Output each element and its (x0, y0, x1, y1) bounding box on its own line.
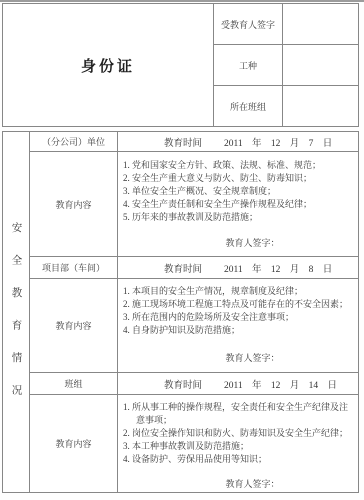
list-item: 5. 历年来的事故教训及防范措施； (123, 211, 356, 224)
list-item: 4. 安全生产责任制和安全生产操作规程及纪律； (123, 198, 356, 211)
list-item: 3. 单位安全生产概况、安全规章制度； (123, 185, 356, 198)
page-top-edge (0, 0, 364, 2)
list-item: 2. 施工现场环境工程施工特点及可能存在的不安全因素； (123, 298, 356, 311)
job-type-label: 工种 (214, 45, 283, 85)
project-education-date: 2011 年 12 月 8 日 (224, 261, 332, 275)
company-content-label: 教育内容 (30, 152, 118, 256)
signer-value-cell (283, 4, 358, 44)
company-content-cell: 1. 党和国家安全方针、政策、法规、标准、规范； 2. 安全生产重大意义与防火、… (118, 152, 358, 256)
id-card-cell: 身份证 (3, 4, 214, 126)
project-time-label: 教育时间 (164, 261, 202, 275)
team-value-cell (283, 86, 358, 126)
project-time-cell: 教育时间 2011 年 12 月 8 日 (118, 257, 358, 278)
team-time-label: 教育时间 (164, 377, 202, 391)
company-time-row: （分公司）单位 教育时间 2011 年 12 月 7 日 (30, 132, 358, 151)
list-item: 2. 岗位安全操作知识和防火、防毒知识及安全生产纪律； (123, 427, 356, 440)
header-right-grid: 受教育人签字 工种 所在班组 (214, 4, 358, 126)
company-time-label: 教育时间 (164, 135, 202, 149)
project-educator-signature-label: 教育人签字： (226, 352, 356, 365)
signer-row: 受教育人签字 (214, 4, 358, 44)
header-table: 身份证 受教育人签字 工种 所在班组 (2, 3, 359, 127)
list-item: 3. 本工种事故教训及防范措施； (123, 440, 356, 453)
team-educator-signature-label: 教育人签字： (226, 478, 356, 491)
team-content-label: 教育内容 (30, 395, 118, 492)
team-time-cell: 教育时间 2011 年 12 月 14 日 (118, 373, 358, 394)
team-content-row: 教育内容 1. 所从事工种的操作规程，安全责任和安全生产纪律及注意事项； 2. … (30, 394, 358, 492)
team-unit-label: 班组 (30, 373, 118, 394)
education-table: 安全教育情况 （分公司）单位 教育时间 2011 年 12 月 7 日 教育内容… (2, 131, 359, 493)
company-time-cell: 教育时间 2011 年 12 月 7 日 (118, 132, 358, 151)
list-item: 2. 安全生产重大意义与防火、防尘、防毒知识； (123, 172, 356, 185)
project-content-row: 教育内容 1. 本项目的安全生产情况，规章制度及纪律； 2. 施工现场环境工程施… (30, 278, 358, 372)
side-title-column: 安全教育情况 (3, 132, 30, 492)
company-content-row: 教育内容 1. 党和国家安全方针、政策、法规、标准、规范； 2. 安全生产重大意… (30, 151, 358, 256)
list-item: 4. 自身防护知识及防范措施； (123, 324, 356, 337)
team-label: 所在班组 (214, 86, 283, 126)
team-content-cell: 1. 所从事工种的操作规程，安全责任和安全生产纪律及注意事项； 2. 岗位安全操… (118, 395, 358, 492)
job-type-value-cell (283, 45, 358, 85)
side-title-vertical-text: 安全教育情况 (9, 222, 24, 417)
company-education-date: 2011 年 12 月 7 日 (224, 135, 332, 149)
team-time-row: 班组 教育时间 2011 年 12 月 14 日 (30, 372, 358, 394)
project-content-label: 教育内容 (30, 279, 118, 372)
team-education-date: 2011 年 12 月 14 日 (224, 377, 337, 391)
company-unit-label: （分公司）单位 (30, 132, 118, 151)
list-item: 1. 本项目的安全生产情况，规章制度及纪律； (123, 285, 356, 298)
company-educator-signature-label: 教育人签字： (226, 237, 356, 250)
project-unit-label: 项目部（车间） (30, 257, 118, 278)
education-rows: （分公司）单位 教育时间 2011 年 12 月 7 日 教育内容 1. 党和国… (30, 132, 358, 492)
list-item: 1. 党和国家安全方针、政策、法规、标准、规范； (123, 159, 356, 172)
list-item: 3. 所在范围内的危险场所及安全注意事项； (123, 311, 356, 324)
signer-label: 受教育人签字 (214, 4, 283, 44)
list-item: 4. 设备防护、劳保用品使用等知识； (123, 453, 356, 466)
job-type-row: 工种 (214, 44, 358, 85)
document-page: 身份证 受教育人签字 工种 所在班组 安全教育情况 （分公司）单位 (0, 0, 364, 500)
project-content-cell: 1. 本项目的安全生产情况，规章制度及纪律； 2. 施工现场环境工程施工特点及可… (118, 279, 358, 372)
list-item: 1. 所从事工种的操作规程，安全责任和安全生产纪律及注意事项； (123, 401, 356, 427)
team-row: 所在班组 (214, 85, 358, 126)
project-time-row: 项目部（车间） 教育时间 2011 年 12 月 8 日 (30, 256, 358, 278)
id-card-label: 身份证 (81, 55, 135, 76)
